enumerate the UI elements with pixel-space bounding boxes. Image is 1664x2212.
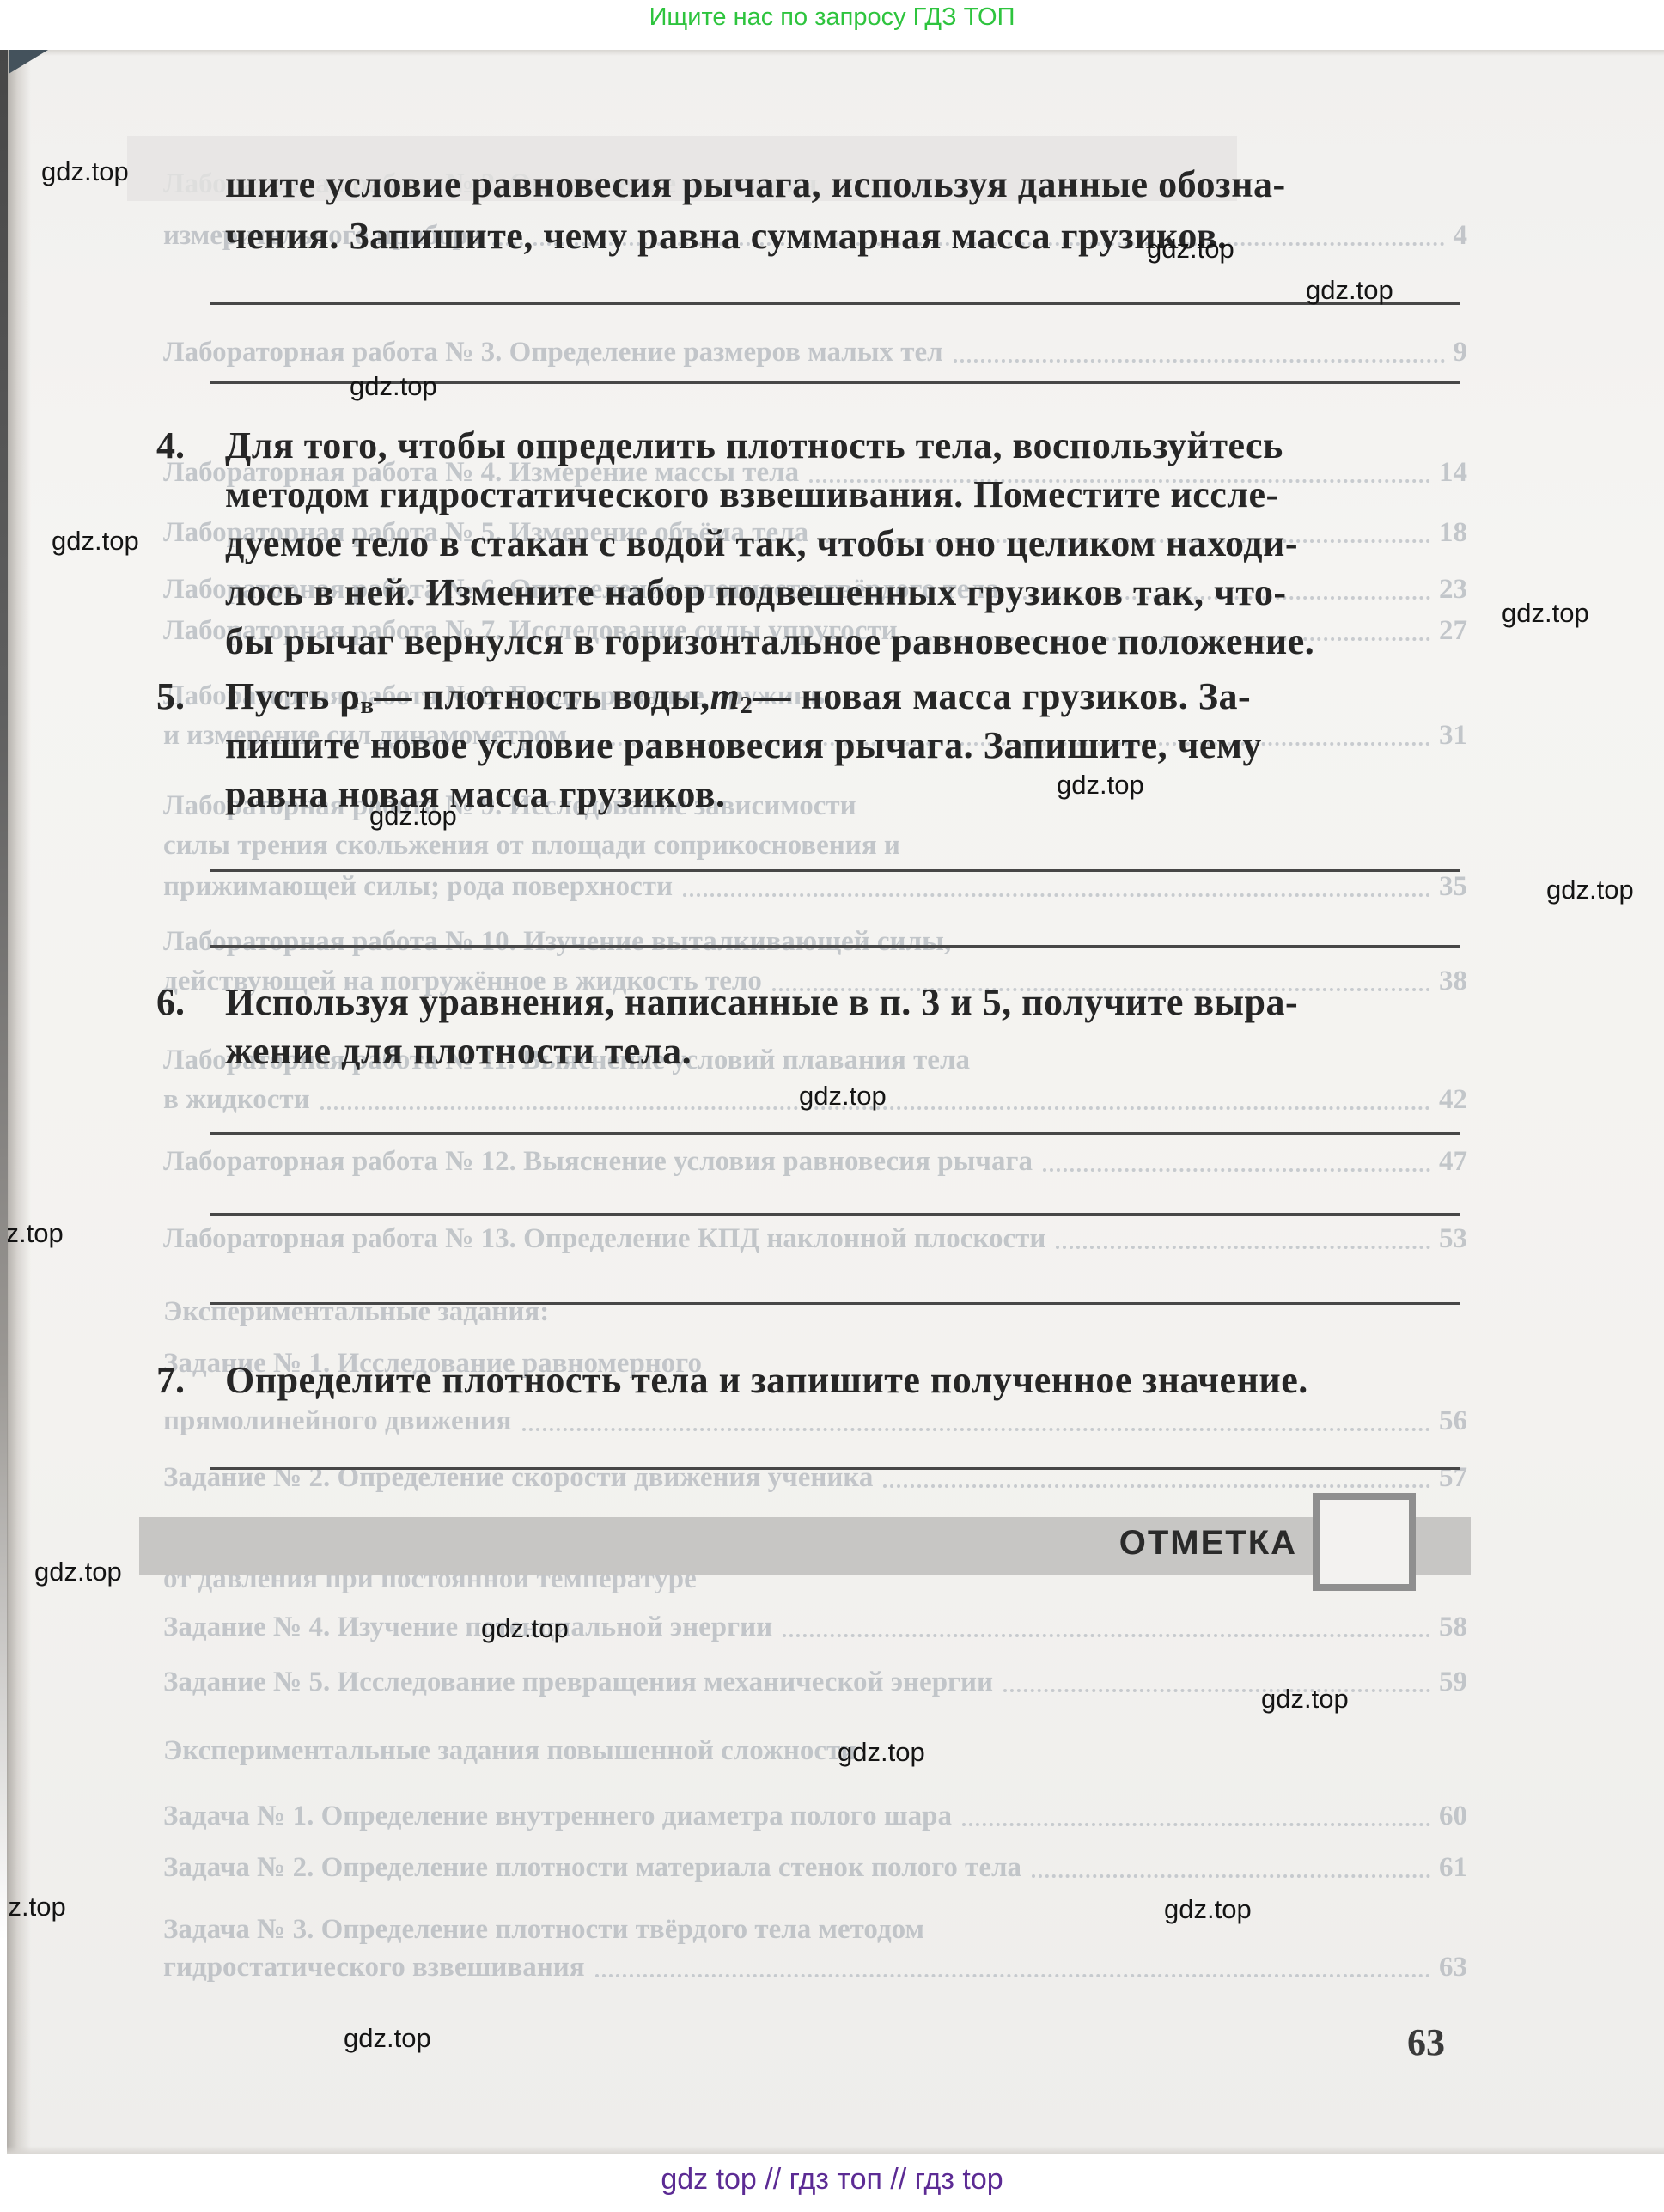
grade-box	[1313, 1493, 1416, 1591]
gdz-watermark: gdz.top	[344, 2023, 431, 2054]
task-text-line: Пусть ρв — плотность воды, m2 — новая ма…	[225, 672, 1251, 721]
continuation-paragraph-line: шите условие равновесия рычага, использу…	[225, 160, 1286, 209]
task-text-line: дуемое тело в стакан с водой так, чтобы …	[225, 519, 1298, 568]
gdz-watermark: gdz.top	[1057, 770, 1144, 801]
task-text-fragment: Пусть ρ	[225, 674, 360, 718]
gdz-watermark: gdz.top	[1164, 1894, 1252, 1925]
gdz-watermark: gdz.top	[350, 371, 437, 402]
task-text-line: Для того, чтобы определить плотность тел…	[225, 421, 1283, 470]
gdz-watermark: gdz.top	[7, 1892, 66, 1923]
book-spine-strip	[0, 50, 8, 1940]
task-number: 7.	[156, 1356, 185, 1405]
answer-line	[210, 302, 1460, 305]
task-text-line: пишите новое условие равновесия рычага. …	[225, 721, 1262, 770]
task-text-line: методом гидростатического взвешивания. П…	[225, 470, 1279, 519]
answer-line	[210, 1132, 1460, 1135]
continuation-paragraph-line: чения. Запишите, чему равна суммарная ма…	[225, 211, 1227, 260]
task-text-line: жение для плотности тела.	[225, 1027, 692, 1076]
footer-watermark-text: gdz top // гдз топ // гдз top	[0, 2163, 1664, 2197]
gdz-watermark: gdz.top	[799, 1081, 887, 1112]
gdz-watermark: gdz.top	[838, 1737, 925, 1768]
task-text-fragment: — плотность воды,	[375, 674, 710, 718]
answer-line	[210, 1213, 1460, 1216]
page-number: 63	[1407, 2020, 1484, 2064]
answer-line	[210, 1302, 1460, 1305]
task-number: 4.	[156, 421, 185, 470]
task-number: 6.	[156, 978, 185, 1027]
scan-bottom-shadow	[7, 2146, 1664, 2154]
scanned-book-page: Лабораторная работа № 2. Определение пок…	[7, 50, 1664, 2154]
grade-label: ОТМЕТКА	[780, 1524, 1297, 1563]
task-text-fragment: в	[360, 692, 374, 720]
gdz-watermark: gdz.top	[481, 1613, 569, 1644]
answer-line	[210, 869, 1460, 872]
task-text-fragment: — новая масса грузиков. За-	[753, 674, 1251, 718]
gdz-watermark: gdz.top	[1546, 874, 1634, 905]
answer-line	[210, 1467, 1460, 1470]
task-number: 5.	[156, 672, 185, 721]
task-text-line: равна новая масса грузиков.	[225, 770, 726, 819]
task-text-line: лось в ней. Измените набор подвешенных г…	[225, 568, 1287, 617]
gdz-watermark: gdz.top	[1502, 598, 1589, 629]
task-text-fragment: 2	[740, 692, 753, 720]
gdz-watermark: gdz.top	[52, 526, 139, 557]
gdz-watermark: gdz.top	[1306, 275, 1393, 306]
task-text-line: Используя уравнения, написанные в п. 3 и…	[225, 978, 1298, 1027]
gdz-watermark: gdz.top	[369, 801, 457, 832]
gdz-watermark: gdz.top	[1147, 234, 1234, 265]
task-text-line: Определите плотность тела и запишите пол…	[225, 1356, 1308, 1405]
workbook-scan-screenshot: { "header": { "promo": "Ищите нас по зап…	[0, 0, 1664, 2212]
gdz-watermark: gdz.top	[34, 1557, 122, 1587]
gdz-watermark: gdz.top	[41, 156, 129, 187]
gdz-watermark: gdz.top	[7, 1218, 64, 1249]
task-text-line: бы рычаг вернулся в горизонтальное равно…	[225, 617, 1314, 666]
answer-line	[210, 945, 1460, 948]
gdz-watermark: gdz.top	[1261, 1684, 1349, 1715]
task-text-fragment: m	[710, 674, 741, 718]
promo-banner-text: Ищите нас по запросу ГДЗ ТОП	[0, 3, 1664, 32]
